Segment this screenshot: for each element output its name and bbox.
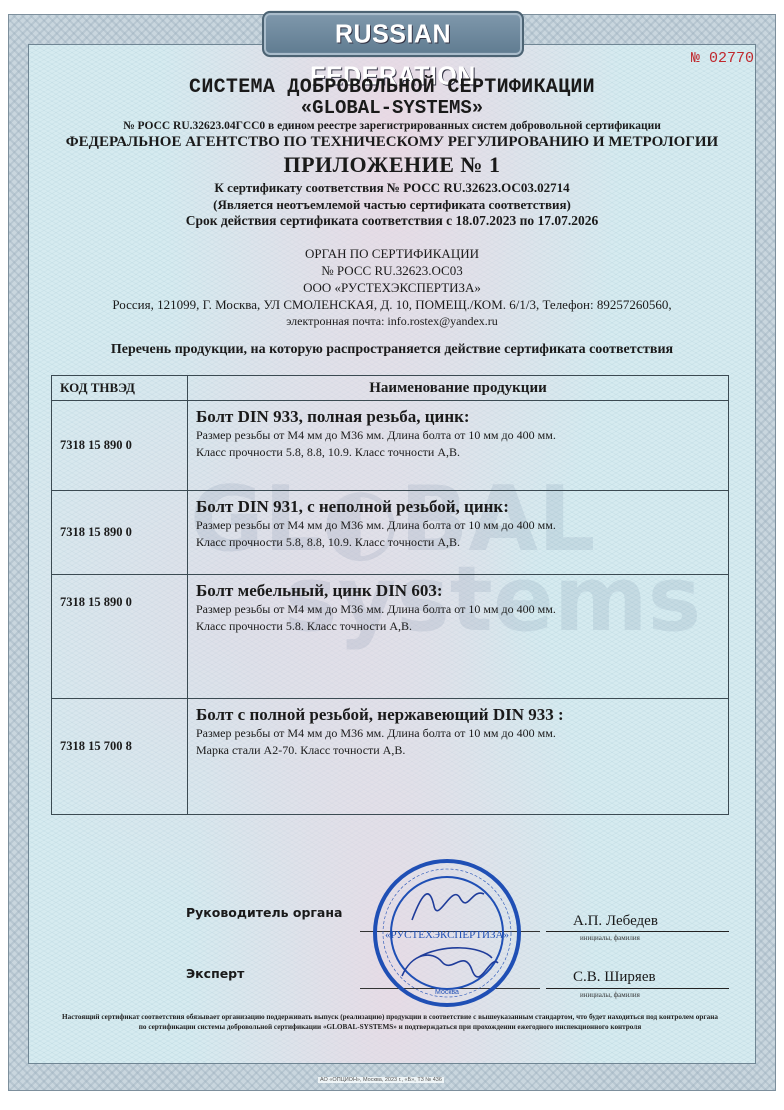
head-name-caption: инициалы, фамилия [580, 934, 640, 942]
certificate-disclaimer: Настоящий сертификат соответствия обязыв… [60, 1012, 720, 1032]
agency-line: ФЕДЕРАЛЬНОЕ АГЕНТСТВО ПО ТЕХНИЧЕСКОМУ РЕ… [0, 134, 784, 151]
expert-name-caption: инициалы, фамилия [580, 991, 640, 999]
expert-name-line [546, 988, 729, 989]
product-spec: Класс прочности 5.8, 8.8, 10.9. Класс то… [196, 534, 720, 551]
printer-imprint: АО «ОПЦИОН», Москва, 2023 г., «Б», Т3 № … [318, 1077, 444, 1083]
certificate-reference: К сертификату соответствия № РОСС RU.326… [0, 180, 784, 196]
product-list-title: Перечень продукции, на которую распростр… [0, 342, 784, 358]
product-code: 7318 15 700 8 [52, 699, 188, 815]
product-title: Болт DIN 933, полная резьба, цинк: [196, 407, 720, 427]
organ-title: ОРГАН ПО СЕРТИФИКАЦИИ [0, 246, 784, 262]
appendix-title: ПРИЛОЖЕНИЕ № 1 [0, 152, 784, 178]
product-spec: Размер резьбы от М4 мм до М36 мм. Длина … [196, 427, 720, 444]
registry-line: № РОСС RU.32623.04ГСС0 в едином реестре … [0, 120, 784, 132]
organ-email: электронная почта: info.rostex@yandex.ru [0, 314, 784, 329]
expert-signature-icon [402, 948, 498, 977]
table-row: 7318 15 890 0 Болт DIN 933, полная резьб… [52, 401, 729, 491]
organization-stamp: «РУСТЕХЭКСПЕРТИЗА» Москва [372, 858, 522, 1008]
organ-number: № РОСС RU.32623.ОС03 [0, 263, 784, 279]
product-description: Болт DIN 931, с неполной резьбой, цинк: … [188, 491, 729, 575]
table-row: 7318 15 890 0 Болт мебельный, цинк DIN 6… [52, 575, 729, 699]
product-code: 7318 15 890 0 [52, 401, 188, 491]
expert-label: Эксперт [186, 966, 244, 981]
validity-period: Срок действия сертификата соответствия с… [0, 213, 784, 229]
product-title: Болт с полной резьбой, нержавеющий DIN 9… [196, 705, 720, 725]
stamp-city: Москва [435, 989, 459, 996]
column-header-name: Наименование продукции [188, 376, 729, 401]
head-name-line [546, 931, 729, 932]
column-header-code: КОД ТНВЭД [52, 376, 188, 401]
product-spec: Размер резьбы от М4 мм до М36 мм. Длина … [196, 601, 720, 618]
product-spec: Размер резьбы от М4 мм до М36 мм. Длина … [196, 725, 720, 742]
product-code: 7318 15 890 0 [52, 575, 188, 699]
system-title: СИСТЕМА ДОБРОВОЛЬНОЙ СЕРТИФИКАЦИИ [0, 76, 784, 99]
product-description: Болт DIN 933, полная резьба, цинк: Разме… [188, 401, 729, 491]
head-signature-icon [412, 893, 484, 920]
product-spec: Марка стали А2-70. Класс точности А,В. [196, 742, 720, 759]
expert-name: С.В. Ширяев [573, 969, 656, 986]
organ-name: ООО «РУСТЕХЭКСПЕРТИЗА» [0, 280, 784, 296]
product-spec: Класс прочности 5.8, 8.8, 10.9. Класс то… [196, 444, 720, 461]
product-spec: Размер резьбы от М4 мм до М36 мм. Длина … [196, 517, 720, 534]
product-description: Болт мебельный, цинк DIN 603: Размер рез… [188, 575, 729, 699]
product-code: 7318 15 890 0 [52, 491, 188, 575]
system-name: «GLOBAL-SYSTEMS» [0, 97, 784, 119]
product-spec: Класс прочности 5.8. Класс точности А,В. [196, 618, 720, 635]
integral-part-note: (Является неотъемлемой частью сертификат… [0, 197, 784, 213]
stamp-org-name: «РУСТЕХЭКСПЕРТИЗА» [385, 929, 509, 941]
table-row: 7318 15 700 8 Болт с полной резьбой, нер… [52, 699, 729, 815]
products-table: КОД ТНВЭД Наименование продукции 7318 15… [51, 375, 729, 815]
head-name: А.П. Лебедев [573, 913, 658, 930]
head-of-organ-label: Руководитель органа [186, 905, 342, 920]
product-title: Болт мебельный, цинк DIN 603: [196, 581, 720, 601]
table-header-row: КОД ТНВЭД Наименование продукции [52, 376, 729, 401]
country-banner: RUSSIAN FEDERATION [262, 11, 524, 57]
certificate-number: № 02770 [691, 50, 754, 67]
product-description: Болт с полной резьбой, нержавеющий DIN 9… [188, 699, 729, 815]
organ-address: Россия, 121099, Г. Москва, УЛ СМОЛЕНСКАЯ… [0, 297, 784, 313]
product-title: Болт DIN 931, с неполной резьбой, цинк: [196, 497, 720, 517]
table-row: 7318 15 890 0 Болт DIN 931, с неполной р… [52, 491, 729, 575]
